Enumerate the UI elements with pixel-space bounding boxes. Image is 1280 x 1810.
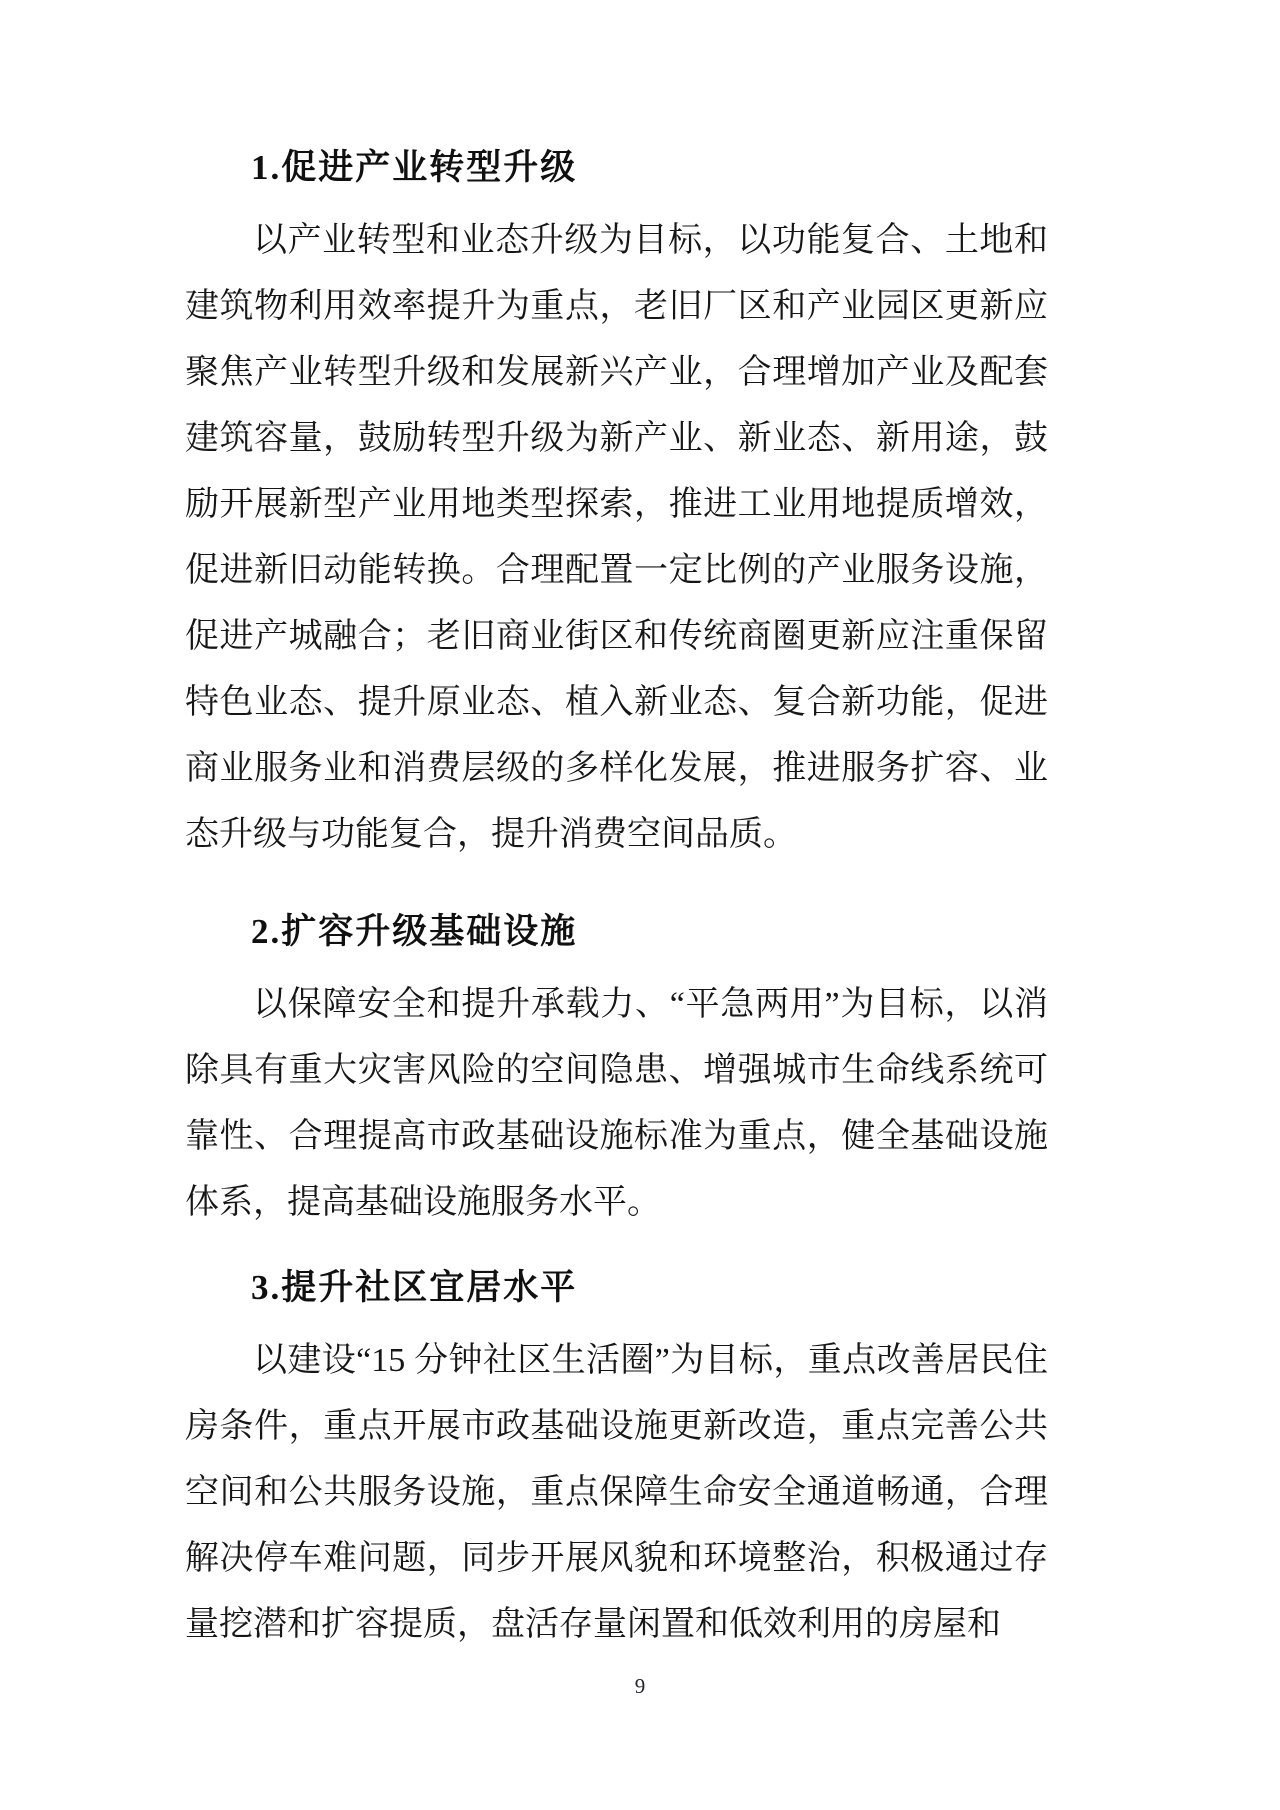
section-industry-upgrade: 1.促进产业转型升级 以产业转型和业态升级为目标，以功能复合、土地和建筑物利用效… bbox=[185, 146, 1048, 868]
document-content: 1.促进产业转型升级 以产业转型和业态升级为目标，以功能复合、土地和建筑物利用效… bbox=[185, 146, 1048, 1658]
section-paragraph-3: 以建设“15 分钟社区生活圈”为目标，重点改善居民住房条件，重点开展市政基础设施… bbox=[185, 1328, 1048, 1658]
section-community-livability: 3.提升社区宜居水平 以建设“15 分钟社区生活圈”为目标，重点改善居民住房条件… bbox=[185, 1266, 1048, 1658]
section-infrastructure-upgrade: 2.扩容升级基础设施 以保障安全和提升承载力、“平急两用”为目标，以消除具有重大… bbox=[185, 910, 1048, 1236]
section-paragraph-1: 以产业转型和业态升级为目标，以功能复合、土地和建筑物利用效率提升为重点，老旧厂区… bbox=[185, 208, 1048, 868]
section-heading-3: 3.提升社区宜居水平 bbox=[185, 1266, 1048, 1310]
document-page: 1.促进产业转型升级 以产业转型和业态升级为目标，以功能复合、土地和建筑物利用效… bbox=[0, 0, 1280, 1810]
section-paragraph-2: 以保障安全和提升承载力、“平急两用”为目标，以消除具有重大灾害风险的空间隐患、增… bbox=[185, 972, 1048, 1236]
page-footer: 9 bbox=[0, 1674, 1280, 1698]
page-number: 9 bbox=[635, 1674, 646, 1698]
section-heading-2: 2.扩容升级基础设施 bbox=[185, 910, 1048, 954]
section-heading-1: 1.促进产业转型升级 bbox=[185, 146, 1048, 190]
